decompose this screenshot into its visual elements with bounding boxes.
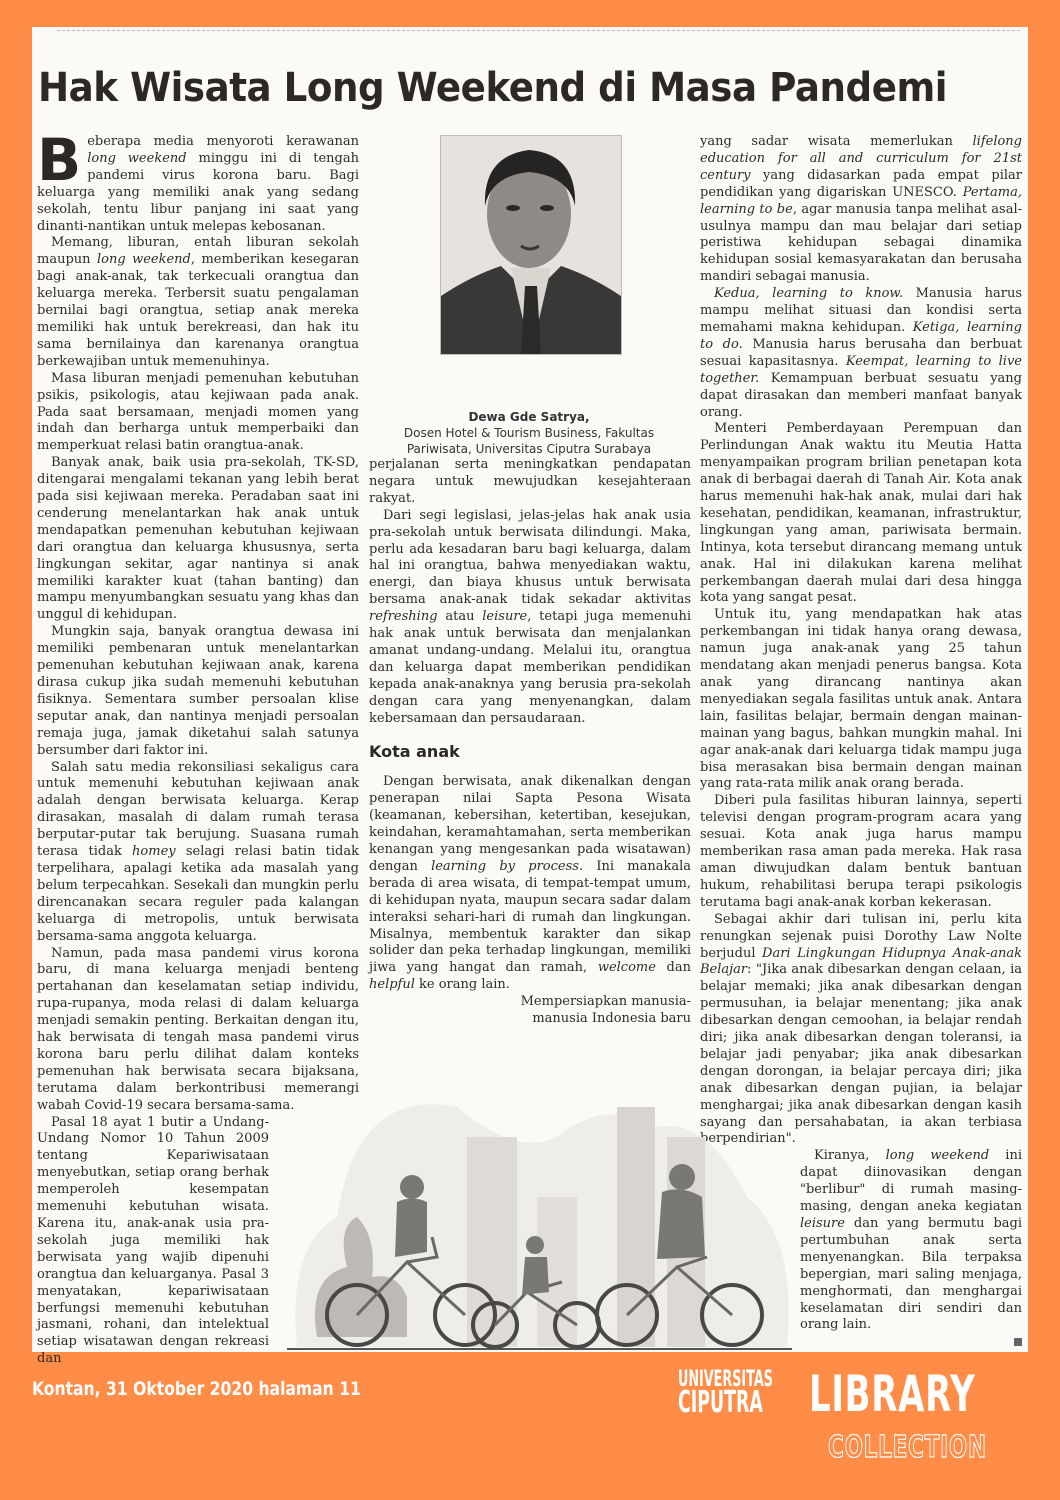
paragraph: Memang, liburan, entah liburan sekolah m… (37, 235, 359, 370)
drop-cap: B (37, 136, 81, 184)
logo-library-text: LIBRARY (809, 1365, 975, 1423)
logo-ciputra-text: CIPUTRA (678, 1390, 773, 1416)
paragraph: Mungkin saja, banyak orangtua dewasa ini… (37, 624, 359, 759)
section-subheading: Kota anak (369, 744, 691, 761)
end-mark-icon (1014, 1338, 1022, 1346)
paragraph: Banyak anak, baik usia pra-sekolah, TK-S… (37, 455, 359, 624)
library-logo: UNIVERSITAS CIPUTRA LIBRARY COLLECTION (678, 1368, 1028, 1478)
author-title-line-1: Dosen Hotel & Tourism Business, Fakultas (374, 425, 684, 441)
paragraph: Kedua, learning to know. Manusia harus m… (700, 286, 1022, 421)
author-photo (440, 135, 622, 355)
clipping-cut-line (57, 30, 1020, 31)
paragraph: Kiranya, long weekend ini dapat diinovas… (800, 1148, 1022, 1334)
author-portrait-icon (441, 136, 621, 354)
logo-collection-text: COLLECTION (828, 1430, 987, 1465)
logo-universitas-ciputra: UNIVERSITAS CIPUTRA (678, 1370, 773, 1416)
source-citation: Kontan, 31 Oktober 2020 halaman 11 (32, 1378, 361, 1400)
pull-line-2: manusia Indonesia baru (369, 1011, 691, 1028)
author-name: Dewa Gde Satrya, (374, 409, 684, 425)
paragraph: Masa liburan menjadi pemenuhan kebutuhan… (37, 371, 359, 456)
paragraph: yang sadar wisata memerlukan lifelong ed… (700, 134, 1022, 286)
paragraph: Beberapa media menyoroti kerawanan long … (37, 134, 359, 235)
paragraph: Menteri Pemberdayaan Perempuan dan Perli… (700, 421, 1022, 607)
paragraph: Dari segi legislasi, jelas-jelas hak ana… (369, 508, 691, 728)
paragraph: perjalanan serta meningkatkan pendapatan… (369, 457, 691, 508)
paragraph: Diberi pula fasilitas hiburan lainnya, s… (700, 793, 1022, 911)
article-headline: Hak Wisata Long Weekend di Masa Pandemi (38, 65, 954, 111)
article-column-2: perjalanan serta meningkatkan pendapatan… (369, 457, 691, 1028)
paragraph: Pasal 18 ayat 1 butir a Undang-Undang No… (37, 1115, 269, 1369)
paragraph: Untuk itu, yang mendapatkan hak atas per… (700, 607, 1022, 793)
pull-line-1: Mempersiapkan manusia- (369, 994, 691, 1011)
paragraph: Salah satu media rekonsiliasi sekaligus … (37, 760, 359, 946)
paragraph: Dengan berwisata, anak dikenalkan dengan… (369, 774, 691, 994)
author-title-line-2: Pariwisata, Universitas Ciputra Surabaya (374, 441, 684, 457)
author-caption: Dewa Gde Satrya, Dosen Hotel & Tourism B… (374, 409, 684, 457)
newspaper-clipping: Hak Wisata Long Weekend di Masa Pandemi … (32, 27, 1028, 1352)
family-cycling-illustration-icon (277, 1067, 797, 1357)
